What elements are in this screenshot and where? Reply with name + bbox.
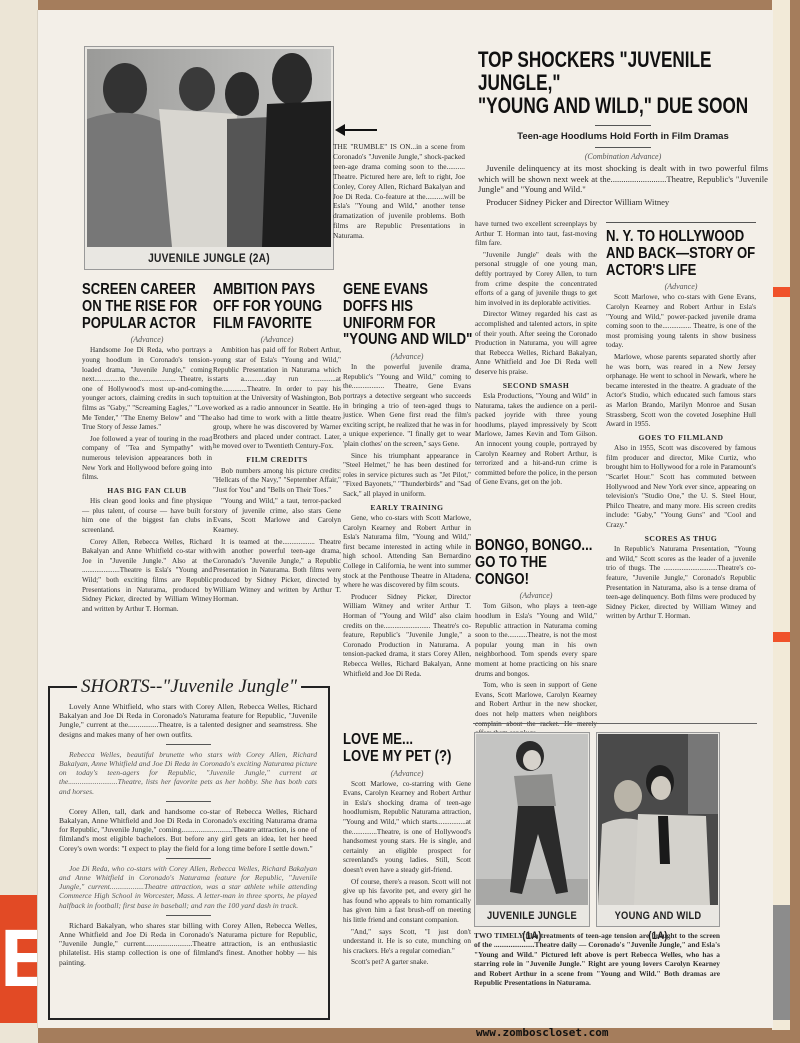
lead-paragraph-2: Producer Sidney Picker and Director Will… — [478, 197, 768, 208]
red-tab-marker — [772, 287, 790, 297]
paragraph: Director Witney regarded his cast as acc… — [475, 310, 597, 377]
paragraph: It is teamed at the.................. Th… — [213, 538, 341, 605]
paragraph: Joe followed a year of touring in the ro… — [82, 435, 212, 483]
photo-carolyn-kearney-robert-arthur — [598, 734, 718, 905]
ambition-story: AMBITION PAYS OFF FOR YOUNG FILM FAVORIT… — [213, 282, 341, 607]
paragraph: "And," says Scott, "I just don't underst… — [343, 928, 471, 957]
screen-career-headline: SCREEN CAREER ON THE RISE FOR POPULAR AC… — [82, 282, 213, 332]
paragraph: His clean good looks and fine physique —… — [82, 497, 212, 535]
paragraph: "Young and Wild," a taut, terror-packed … — [213, 497, 341, 535]
ambition-headline: AMBITION PAYS OFF FOR YOUNG FILM FAVORIT… — [213, 282, 343, 332]
photo-caption: JUVENILE JUNGLE (2A) — [104, 248, 315, 269]
bongo-headline: BONGO, BONGO... GO TO THE CONGO! — [475, 538, 598, 588]
short-item: Corey Allen, tall, dark and handsome co-… — [59, 807, 317, 853]
shorts-title: SHORTS--"Juvenile Jungle" — [77, 676, 301, 698]
love-me-body: Scott Marlowe, co-starring with Gene Eva… — [343, 780, 471, 968]
screen-career-body: Handsome Joe Di Reda, who portrays a you… — [82, 346, 212, 614]
divider — [166, 744, 211, 745]
divider — [595, 125, 651, 126]
paragraph: Esla Productions, "Young and Wild" in Na… — [475, 392, 597, 488]
paragraph: Tom, who is seen in support of Gene Evan… — [475, 681, 597, 739]
main-headline: TOP SHOCKERS "JUVENILE JUNGLE," "YOUNG A… — [478, 48, 767, 117]
subhead-goes-to-filmland: GOES TO FILMLAND — [606, 433, 756, 443]
paragraph: Gene, who co-stars with Scott Marlowe, C… — [343, 514, 471, 591]
bongo-story: BONGO, BONGO... GO TO THE CONGO! (Advanc… — [475, 538, 597, 741]
main-subhead: Teen-age Hoodlums Hold Forth in Film Dra… — [478, 131, 768, 142]
screen-career-story: SCREEN CAREER ON THE RISE FOR POPULAR AC… — [82, 282, 212, 616]
photo-four-young-men-rumble — [87, 49, 331, 247]
main-story-column: have turned two excellent screenplays by… — [475, 220, 597, 490]
advance-tag: (Combination Advance) — [478, 152, 768, 161]
lead-paragraph: Juvenile delinquency at its most shockin… — [478, 163, 768, 195]
paragraph: Bob numbers among his picture credits: "… — [213, 467, 341, 496]
subhead-has-big-fan-club: HAS BIG FAN CLUB — [82, 486, 212, 496]
right-page-edge — [772, 0, 790, 1030]
advance-tag: (Advance) — [343, 352, 471, 361]
left-facing-page: E — [0, 0, 38, 1043]
subhead-film-credits: FILM CREDITS — [213, 455, 341, 465]
pressbook-page: JUVENILE JUNGLE (2A) THE "RUMBLE" IS ON.… — [38, 10, 773, 1028]
gene-evans-body: In the powerful juvenile drama, Republic… — [343, 363, 471, 679]
paragraph: Ambition has paid off for Robert Arthur,… — [213, 346, 341, 452]
bottom-photos-description: TWO TIMELY film treatments of teen-age t… — [474, 931, 720, 987]
paragraph: In Republic's Naturama Presentation, "Yo… — [606, 545, 756, 622]
short-item: Joe Di Reda, who co-stars with Corey All… — [59, 864, 317, 910]
paragraph: Of course, there's a reason. Scott will … — [343, 878, 471, 926]
grey-page-edge — [772, 905, 790, 1020]
ny-headline: N. Y. TO HOLLYWOOD AND BACK—STORY OF ACT… — [606, 229, 758, 279]
paragraph: In the powerful juvenile drama, Republic… — [343, 363, 471, 449]
advance-tag: (Advance) — [606, 282, 756, 291]
subhead-scores-as-thug: SCORES AS THUG — [606, 534, 756, 544]
subhead-early-training: EARLY TRAINING — [343, 503, 471, 513]
divider — [166, 801, 211, 802]
paragraph: have turned two excellent screenplays by… — [475, 220, 597, 249]
paragraph: Scott Marlowe, who co-stars with Gene Ev… — [606, 293, 756, 351]
paragraph: Scott Marlowe, co-starring with Gene Eva… — [343, 780, 471, 876]
paragraph: Scott's pet? A garter snake. — [343, 958, 471, 968]
paragraph: Also in 1955, Scott was discovered by fa… — [606, 444, 756, 530]
ny-story-body: Scott Marlowe, who co-stars with Gene Ev… — [606, 293, 756, 622]
photo-rebecca-welles — [476, 734, 588, 905]
advance-tag: (Advance) — [343, 769, 471, 778]
advance-tag: (Advance) — [475, 591, 597, 600]
red-tab-marker — [772, 632, 790, 642]
gene-evans-story: GENE EVANS DOFFS HIS UNIFORM FOR "YOUNG … — [343, 282, 471, 681]
top-photo-frame: JUVENILE JUNGLE (2A) — [84, 46, 334, 270]
ambition-body: Ambition has paid off for Robert Arthur,… — [213, 346, 341, 604]
short-item: Lovely Anne Whitfield, who stars with Co… — [59, 702, 317, 739]
photo-caption: YOUNG AND WILD (1A) — [606, 906, 710, 926]
bongo-body: Tom Gilson, who plays a teen-age hoodlum… — [475, 602, 597, 738]
red-letter-e-graphic: E — [0, 895, 38, 1023]
paragraph: Tom Gilson, who plays a teen-age hoodlum… — [475, 602, 597, 679]
advance-tag: (Advance) — [82, 335, 212, 344]
photo-caption: JUVENILE JUNGLE (1A) — [484, 906, 581, 926]
paragraph: Corey Allen, Rebecca Welles, Richard Bak… — [82, 538, 212, 615]
subhead-second-smash: SECOND SMASH — [475, 381, 597, 391]
advance-tag: (Advance) — [213, 335, 341, 344]
shorts-body: Lovely Anne Whitfield, who stars with Co… — [59, 702, 317, 969]
arrow-left-icon — [335, 124, 377, 136]
photo-frame-juvenile-jungle: JUVENILE JUNGLE (1A) — [474, 732, 590, 927]
divider — [473, 723, 757, 724]
main-story-header: TOP SHOCKERS "JUVENILE JUNGLE," "YOUNG A… — [478, 48, 768, 208]
paragraph: Since his triumphant appearance in "Stee… — [343, 452, 471, 500]
rumble-photo-caption: THE "RUMBLE" IS ON...in a scene from Cor… — [333, 142, 465, 241]
main-headline-line-2: "YOUNG AND WILD," DUE SOON — [478, 94, 767, 117]
short-item: Richard Bakalyan, who shares star billin… — [59, 921, 317, 967]
love-me-headline: LOVE ME... LOVE MY PET (?) — [343, 732, 473, 766]
divider — [166, 858, 211, 859]
paragraph: Handsome Joe Di Reda, who portrays a you… — [82, 346, 212, 432]
photo-frame-young-and-wild: YOUNG AND WILD (1A) — [596, 732, 720, 927]
ny-story: N. Y. TO HOLLYWOOD AND BACK—STORY OF ACT… — [606, 222, 756, 624]
divider — [595, 147, 651, 148]
divider — [166, 915, 211, 916]
paragraph: "Juvenile Jungle" deals with the persona… — [475, 251, 597, 309]
headline-line-1: LOVE ME... — [343, 732, 473, 749]
watermark-link[interactable]: www.zomboscloset.com — [476, 1026, 608, 1039]
headline-line-1: BONGO, BONGO... — [475, 538, 598, 555]
shorts-box: SHORTS--"Juvenile Jungle" Lovely Anne Wh… — [48, 686, 330, 1020]
main-lead-paragraph: Juvenile delinquency at its most shockin… — [478, 163, 768, 207]
headline-line-2: LOVE MY PET (?) — [343, 749, 473, 766]
headline-line-2: GO TO THE CONGO! — [475, 555, 598, 589]
divider — [606, 222, 756, 223]
love-me-story: LOVE ME... LOVE MY PET (?) (Advance) Sco… — [343, 732, 471, 970]
short-item: Rebecca Welles, beautiful brunette who s… — [59, 750, 317, 796]
paragraph: Marlowe, whose parents separated shortly… — [606, 353, 756, 430]
main-headline-line-1: TOP SHOCKERS "JUVENILE JUNGLE," — [478, 48, 767, 94]
gene-evans-headline: GENE EVANS DOFFS HIS UNIFORM FOR "YOUNG … — [343, 282, 473, 349]
paragraph: Producer Sidney Picker, Director William… — [343, 593, 471, 679]
